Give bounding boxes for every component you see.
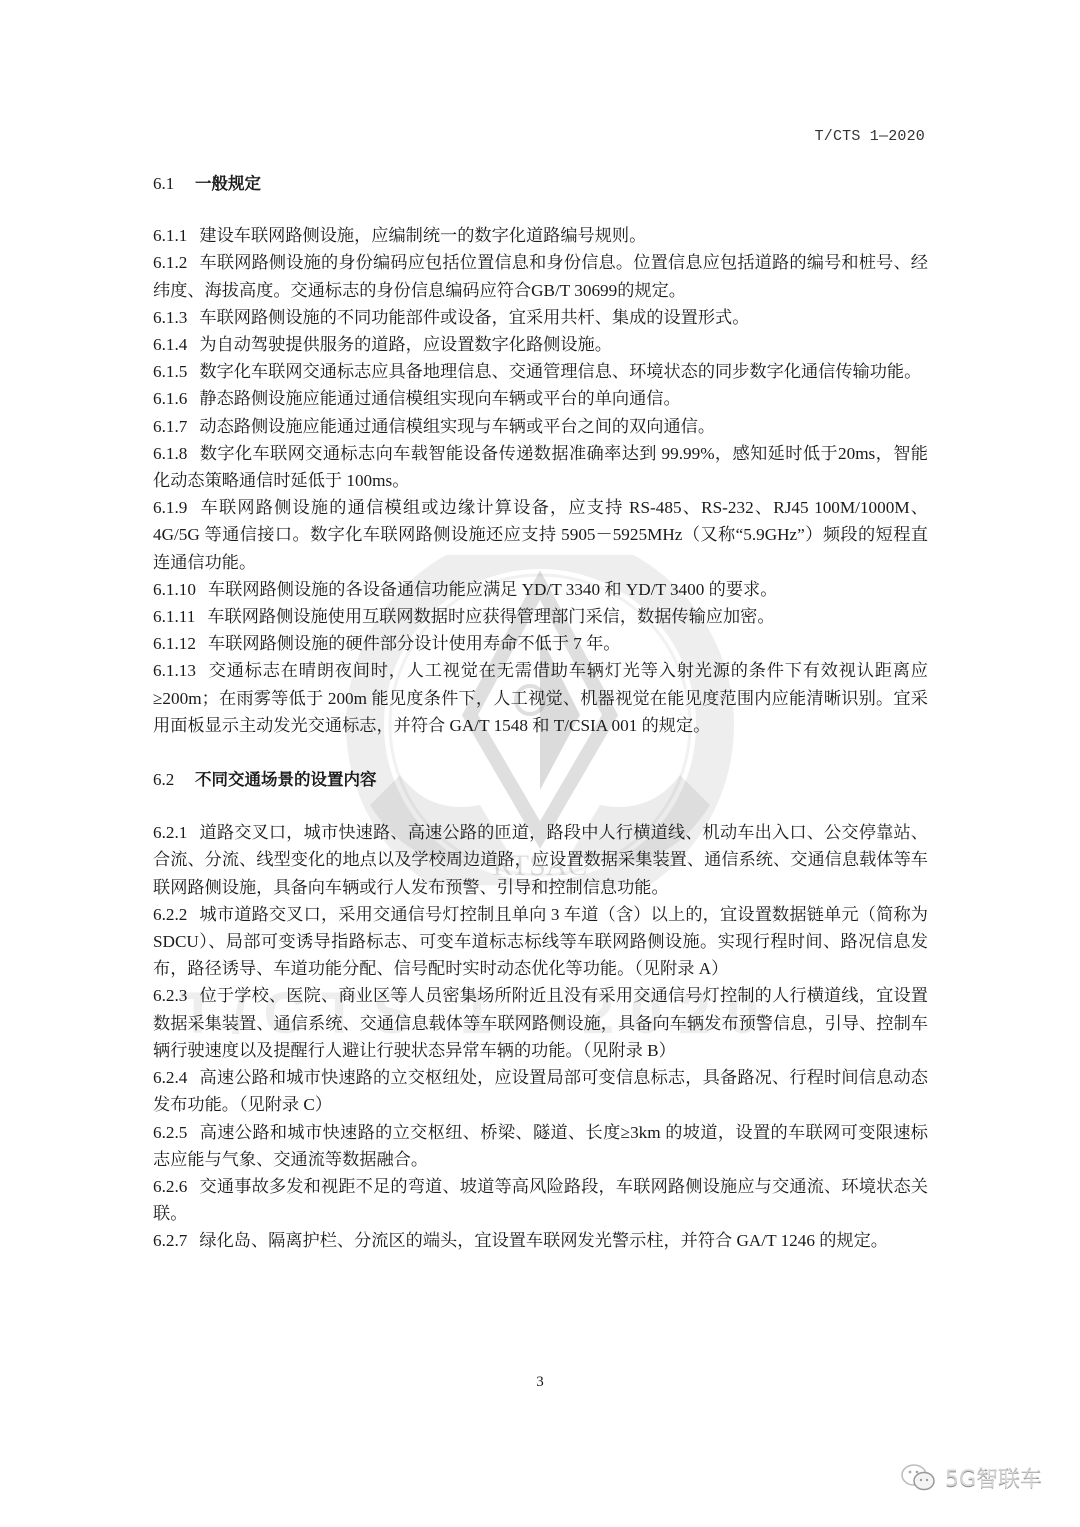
brand-watermark: 5G智联车	[899, 1462, 1042, 1493]
clause-6-2-6: 6.2.6交通事故多发和视距不足的弯道、坡道等高风险路段，车联网路侧设施应与交通…	[153, 1173, 928, 1227]
clause-6-1-8: 6.1.8数字化车联网交通标志向车载智能设备传递数据准确率达到 99.99%，感…	[153, 440, 928, 494]
standard-code-header: T/CTS 1—2020	[815, 128, 925, 145]
clause-6-2-2: 6.2.2城市道路交叉口，采用交通信号灯控制且单向 3 车道（含）以上的，宜设置…	[153, 901, 928, 983]
wechat-icon	[899, 1463, 939, 1493]
document-page: RTSAC T/CTS 1—2020 T/CTS 1—2020 6.1一般规定 …	[0, 0, 1080, 1527]
clause-6-1-3: 6.1.3车联网路侧设施的不同功能部件或设备，宜采用共杆、集成的设置形式。	[153, 304, 928, 331]
brand-label: 5G智联车	[945, 1462, 1042, 1493]
clause-6-2-5: 6.2.5高速公路和城市快速路的立交枢纽、桥梁、隧道、长度≥3km 的坡道，设置…	[153, 1119, 928, 1173]
page-number: 3	[0, 1374, 1080, 1391]
clause-6-2-1: 6.2.1道路交叉口，城市快速路、高速公路的匝道，路段中人行横道线、机动车出入口…	[153, 819, 928, 901]
clause-6-1-4: 6.1.4为自动驾驶提供服务的道路，应设置数字化路侧设施。	[153, 331, 928, 358]
document-body: 6.1一般规定 6.1.1建设车联网路侧设施，应编制统一的数字化道路编号规则。 …	[153, 170, 928, 1255]
clause-6-1-1: 6.1.1建设车联网路侧设施，应编制统一的数字化道路编号规则。	[153, 222, 928, 249]
section-heading-6-2: 6.2不同交通场景的设置内容	[153, 766, 928, 793]
clause-6-1-13: 6.1.13交通标志在晴朗夜间时，人工视觉在无需借助车辆灯光等入射光源的条件下有…	[153, 657, 928, 739]
clause-6-1-5: 6.1.5数字化车联网交通标志应具备地理信息、交通管理信息、环境状态的同步数字化…	[153, 358, 928, 385]
clause-6-1-2: 6.1.2车联网路侧设施的身份编码应包括位置信息和身份信息。位置信息应包括道路的…	[153, 249, 928, 303]
section-heading-6-1: 6.1一般规定	[153, 170, 928, 197]
clause-6-1-7: 6.1.7动态路侧设施应能通过通信模组实现与车辆或平台之间的双向通信。	[153, 413, 928, 440]
clause-6-1-12: 6.1.12车联网路侧设施的硬件部分设计使用寿命不低于 7 年。	[153, 630, 928, 657]
clause-6-1-10: 6.1.10车联网路侧设施的各设备通信功能应满足 YD/T 3340 和 YD/…	[153, 576, 928, 603]
clause-6-1-11: 6.1.11车联网路侧设施使用互联网数据时应获得管理部门采信，数据传输应加密。	[153, 603, 928, 630]
clause-6-1-6: 6.1.6静态路侧设施应能通过通信模组实现向车辆或平台的单向通信。	[153, 385, 928, 412]
clause-6-2-7: 6.2.7绿化岛、隔离护栏、分流区的端头，宜设置车联网发光警示柱，并符合 GA/…	[153, 1227, 928, 1254]
clause-6-2-3: 6.2.3位于学校、医院、商业区等人员密集场所附近且没有采用交通信号灯控制的人行…	[153, 982, 928, 1064]
clause-6-1-9: 6.1.9车联网路侧设施的通信模组或边缘计算设备，应支持 RS-485、RS-2…	[153, 494, 928, 576]
clause-6-2-4: 6.2.4高速公路和城市快速路的立交枢纽处，应设置局部可变信息标志，具备路况、行…	[153, 1064, 928, 1118]
